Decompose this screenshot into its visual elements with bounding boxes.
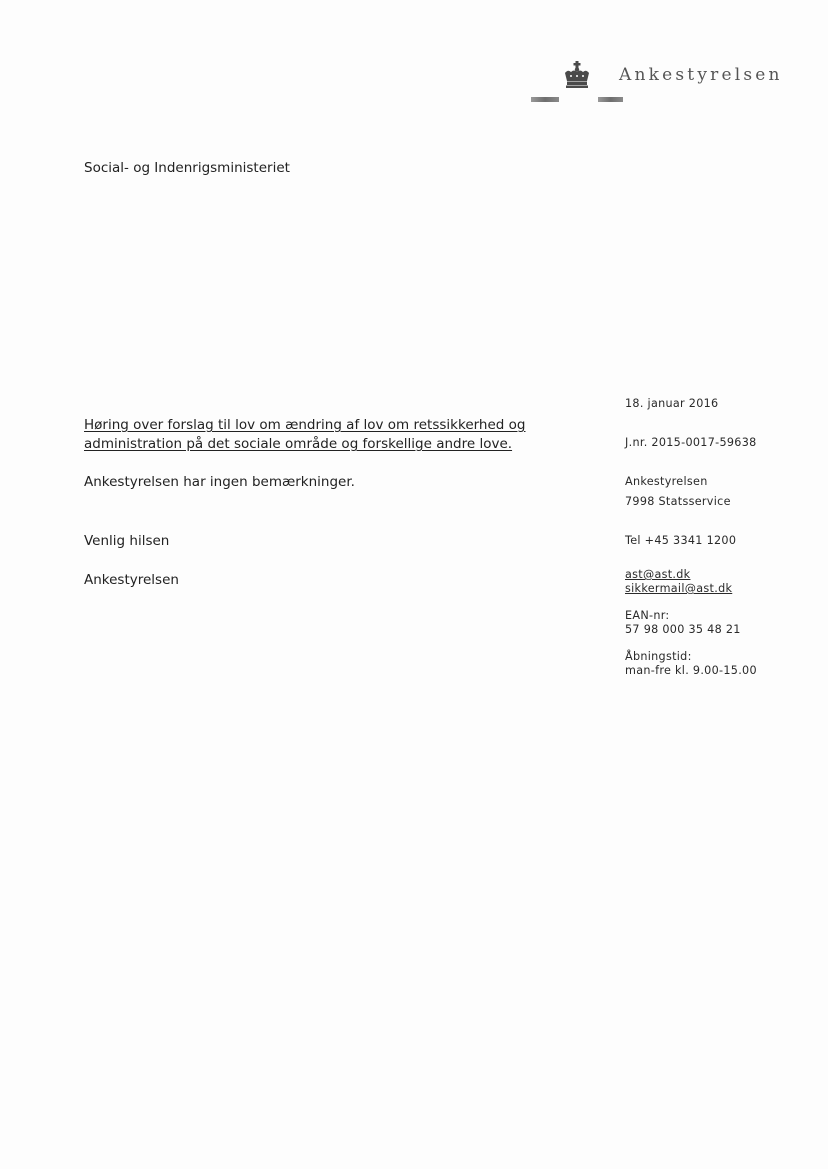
journal-number: J.nr. 2015-0017-59638 bbox=[625, 436, 757, 449]
letter-signature: Ankestyrelsen bbox=[84, 572, 179, 588]
sender-name: Ankestyrelsen bbox=[625, 475, 708, 488]
sender-phone: Tel +45 3341 1200 bbox=[625, 534, 736, 547]
letter-subject: Høring over forslag til lov om ændring a… bbox=[84, 416, 554, 454]
crown-icon bbox=[562, 60, 592, 90]
letter-greeting: Venlig hilsen bbox=[84, 533, 169, 549]
subject-line-2: administration på det sociale område og … bbox=[84, 435, 554, 454]
email-link[interactable]: ast@ast.dk bbox=[625, 568, 690, 581]
letter-page: Ankestyrelsen Social- og Indenrigsminist… bbox=[0, 0, 828, 1169]
sender-address: 7998 Statsservice bbox=[625, 495, 731, 508]
opening-hours-value: man-fre kl. 9.00-15.00 bbox=[625, 664, 757, 677]
recipient: Social- og Indenrigsministeriet bbox=[84, 160, 290, 176]
logo-bar-left bbox=[531, 97, 559, 102]
ean-label: EAN-nr: bbox=[625, 609, 670, 622]
letter-date: 18. januar 2016 bbox=[625, 397, 718, 410]
secure-email-link[interactable]: sikkermail@ast.dk bbox=[625, 582, 732, 595]
subject-line-1: Høring over forslag til lov om ændring a… bbox=[84, 416, 554, 435]
logo-bar-right bbox=[598, 97, 623, 102]
opening-hours-label: Åbningstid: bbox=[625, 650, 692, 663]
letter-remark: Ankestyrelsen har ingen bemærkninger. bbox=[84, 474, 355, 490]
ean-value: 57 98 000 35 48 21 bbox=[625, 623, 741, 636]
organization-logo-text: Ankestyrelsen bbox=[619, 65, 783, 85]
